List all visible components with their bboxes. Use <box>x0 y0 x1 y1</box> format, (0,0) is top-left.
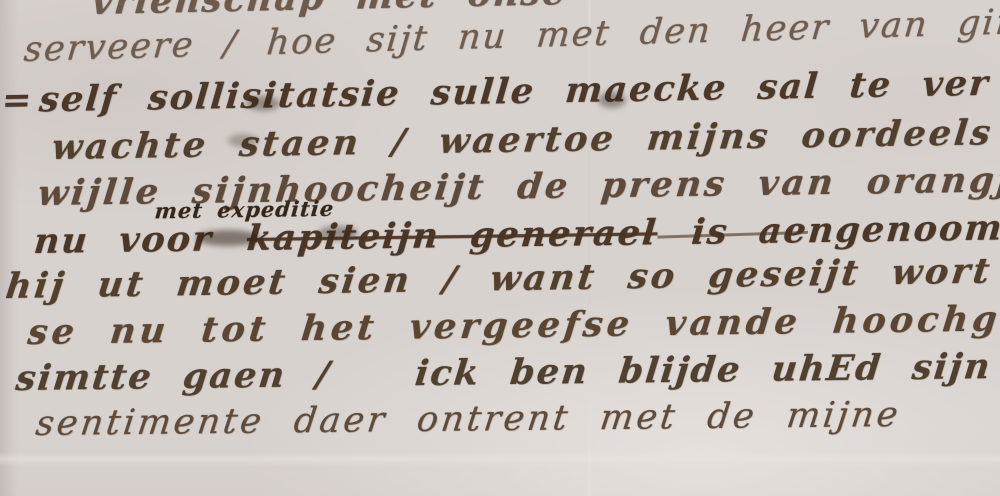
ink-blot <box>318 226 358 240</box>
manuscript-line-4: wachte staen / waertoe mijns oordeels de <box>50 111 1000 168</box>
line-6-pre: nu voor <box>32 219 215 262</box>
ink-blot <box>246 96 280 111</box>
line-3-text: self sollisitatsie sulle maecke sal te v… <box>38 63 992 121</box>
ink-blot <box>598 92 626 108</box>
ink-blot <box>228 134 258 147</box>
pen-rest-gap <box>330 385 414 386</box>
line-9-part1: simtte gaen / <box>14 354 334 399</box>
margin-mark: = <box>0 79 33 121</box>
interlinear-insertion: met expeditie <box>154 196 336 223</box>
manuscript-page: vrienschap met onse serveere / hoe sijt … <box>0 0 1000 496</box>
manuscript-line-9: simtte gaen /ick ben blijde uhEd sijn <box>14 346 994 399</box>
manuscript-line-10: sentimente daer ontrent met de mijne <box>33 395 903 444</box>
line-6-post: is aengenoome <box>690 207 1000 253</box>
manuscript-line-8: se nu tot het vergeefse vande hoochge <box>26 298 1000 353</box>
line-9-part2: ick ben blijde uhEd sijn <box>413 346 994 394</box>
manuscript-line-3: =self sollisitatsie sulle maecke sal te … <box>0 63 991 121</box>
paper-fold-shading <box>0 452 1000 466</box>
ink-blot <box>196 230 260 246</box>
